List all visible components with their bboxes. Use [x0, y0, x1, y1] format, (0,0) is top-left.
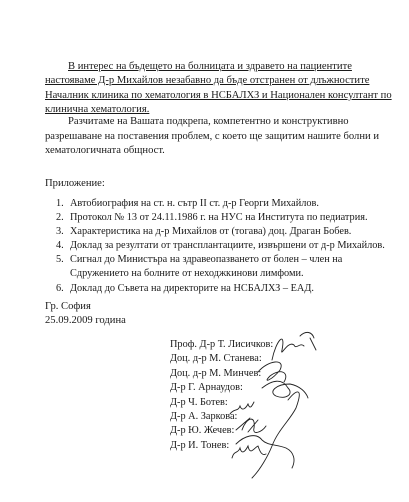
annex-text: Доклад за резултати от трансплантациите,…: [70, 239, 385, 253]
annex-item: 1. Автобиография на ст. н. сътр II ст. д…: [56, 197, 385, 211]
signer: Д-р Ю. Жечев:: [170, 424, 273, 438]
annex-text: Автобиография на ст. н. сътр II ст. д-р …: [70, 197, 319, 211]
signer: Д-р Г. Арнаудов:: [170, 381, 273, 395]
annex-number: 2.: [56, 211, 70, 225]
annex-item-continuation: Сдружението на болните от неходжкинови л…: [56, 267, 385, 281]
paragraph-line: Началник клиника по хематология в НСБАЛХ…: [45, 89, 365, 103]
annex-text: Доклад до Съвета на директорите на НСБАЛ…: [70, 282, 314, 296]
signer: Д-р Ч. Ботев:: [170, 396, 273, 410]
paragraph-line: настояваме Д-р Михайлов незабавно да бъд…: [45, 74, 365, 88]
signer: Проф. Д-р Т. Лисичков:: [170, 338, 273, 352]
paragraph-line: Разчитаме на Вашата подкрепа, компетентн…: [45, 115, 365, 130]
signer: Доц. д-р М. Минчев:: [170, 367, 273, 381]
annex-number: 1.: [56, 197, 70, 211]
demand-paragraph: В интерес на бъдещето на болницата и здр…: [45, 60, 365, 117]
annex-text: Характеристика на д-р Михайлов от (тогав…: [70, 225, 351, 239]
annex-list: 1. Автобиография на ст. н. сътр II ст. д…: [56, 197, 385, 296]
annex-label: Приложение:: [45, 178, 105, 189]
city: Гр. София: [45, 300, 126, 314]
annex-number: 6.: [56, 282, 70, 296]
document-page: В интерес на бъдещето на болницата и здр…: [0, 0, 409, 502]
annex-text: Сдружението на болните от неходжкинови л…: [56, 267, 304, 281]
annex-number: 4.: [56, 239, 70, 253]
annex-text: Протокол № 13 от 24.11.1986 г. на НУС на…: [70, 211, 368, 225]
annex-number: 5.: [56, 253, 70, 267]
signer: Д-р А. Заркова:: [170, 410, 273, 424]
annex-number: 3.: [56, 225, 70, 239]
support-paragraph: Разчитаме на Вашата подкрепа, компетентн…: [45, 115, 365, 159]
annex-text: Сигнал до Министъра на здравеопазването …: [70, 253, 342, 267]
signer: Д-р И. Тонев:: [170, 439, 273, 453]
place-date-block: Гр. София 25.09.2009 година: [45, 300, 126, 328]
annex-item: 6. Доклад до Съвета на директорите на НС…: [56, 282, 385, 296]
paragraph-line: В интерес на бъдещето на болницата и здр…: [45, 60, 365, 74]
annex-item: 3. Характеристика на д-р Михайлов от (то…: [56, 225, 385, 239]
signer: Доц. д-р М. Станева:: [170, 352, 273, 366]
annex-item: 2. Протокол № 13 от 24.11.1986 г. на НУС…: [56, 211, 385, 225]
paragraph-line: разрешаване на поставения проблем, с кое…: [45, 130, 365, 145]
date: 25.09.2009 година: [45, 314, 126, 328]
paragraph-line: хематологичната общност.: [45, 144, 365, 159]
annex-item: 4. Доклад за резултати от трансплантации…: [56, 239, 385, 253]
annex-item: 5. Сигнал до Министъра на здравеопазване…: [56, 253, 385, 267]
signers-list: Проф. Д-р Т. Лисичков: Доц. д-р М. Стане…: [170, 338, 273, 453]
